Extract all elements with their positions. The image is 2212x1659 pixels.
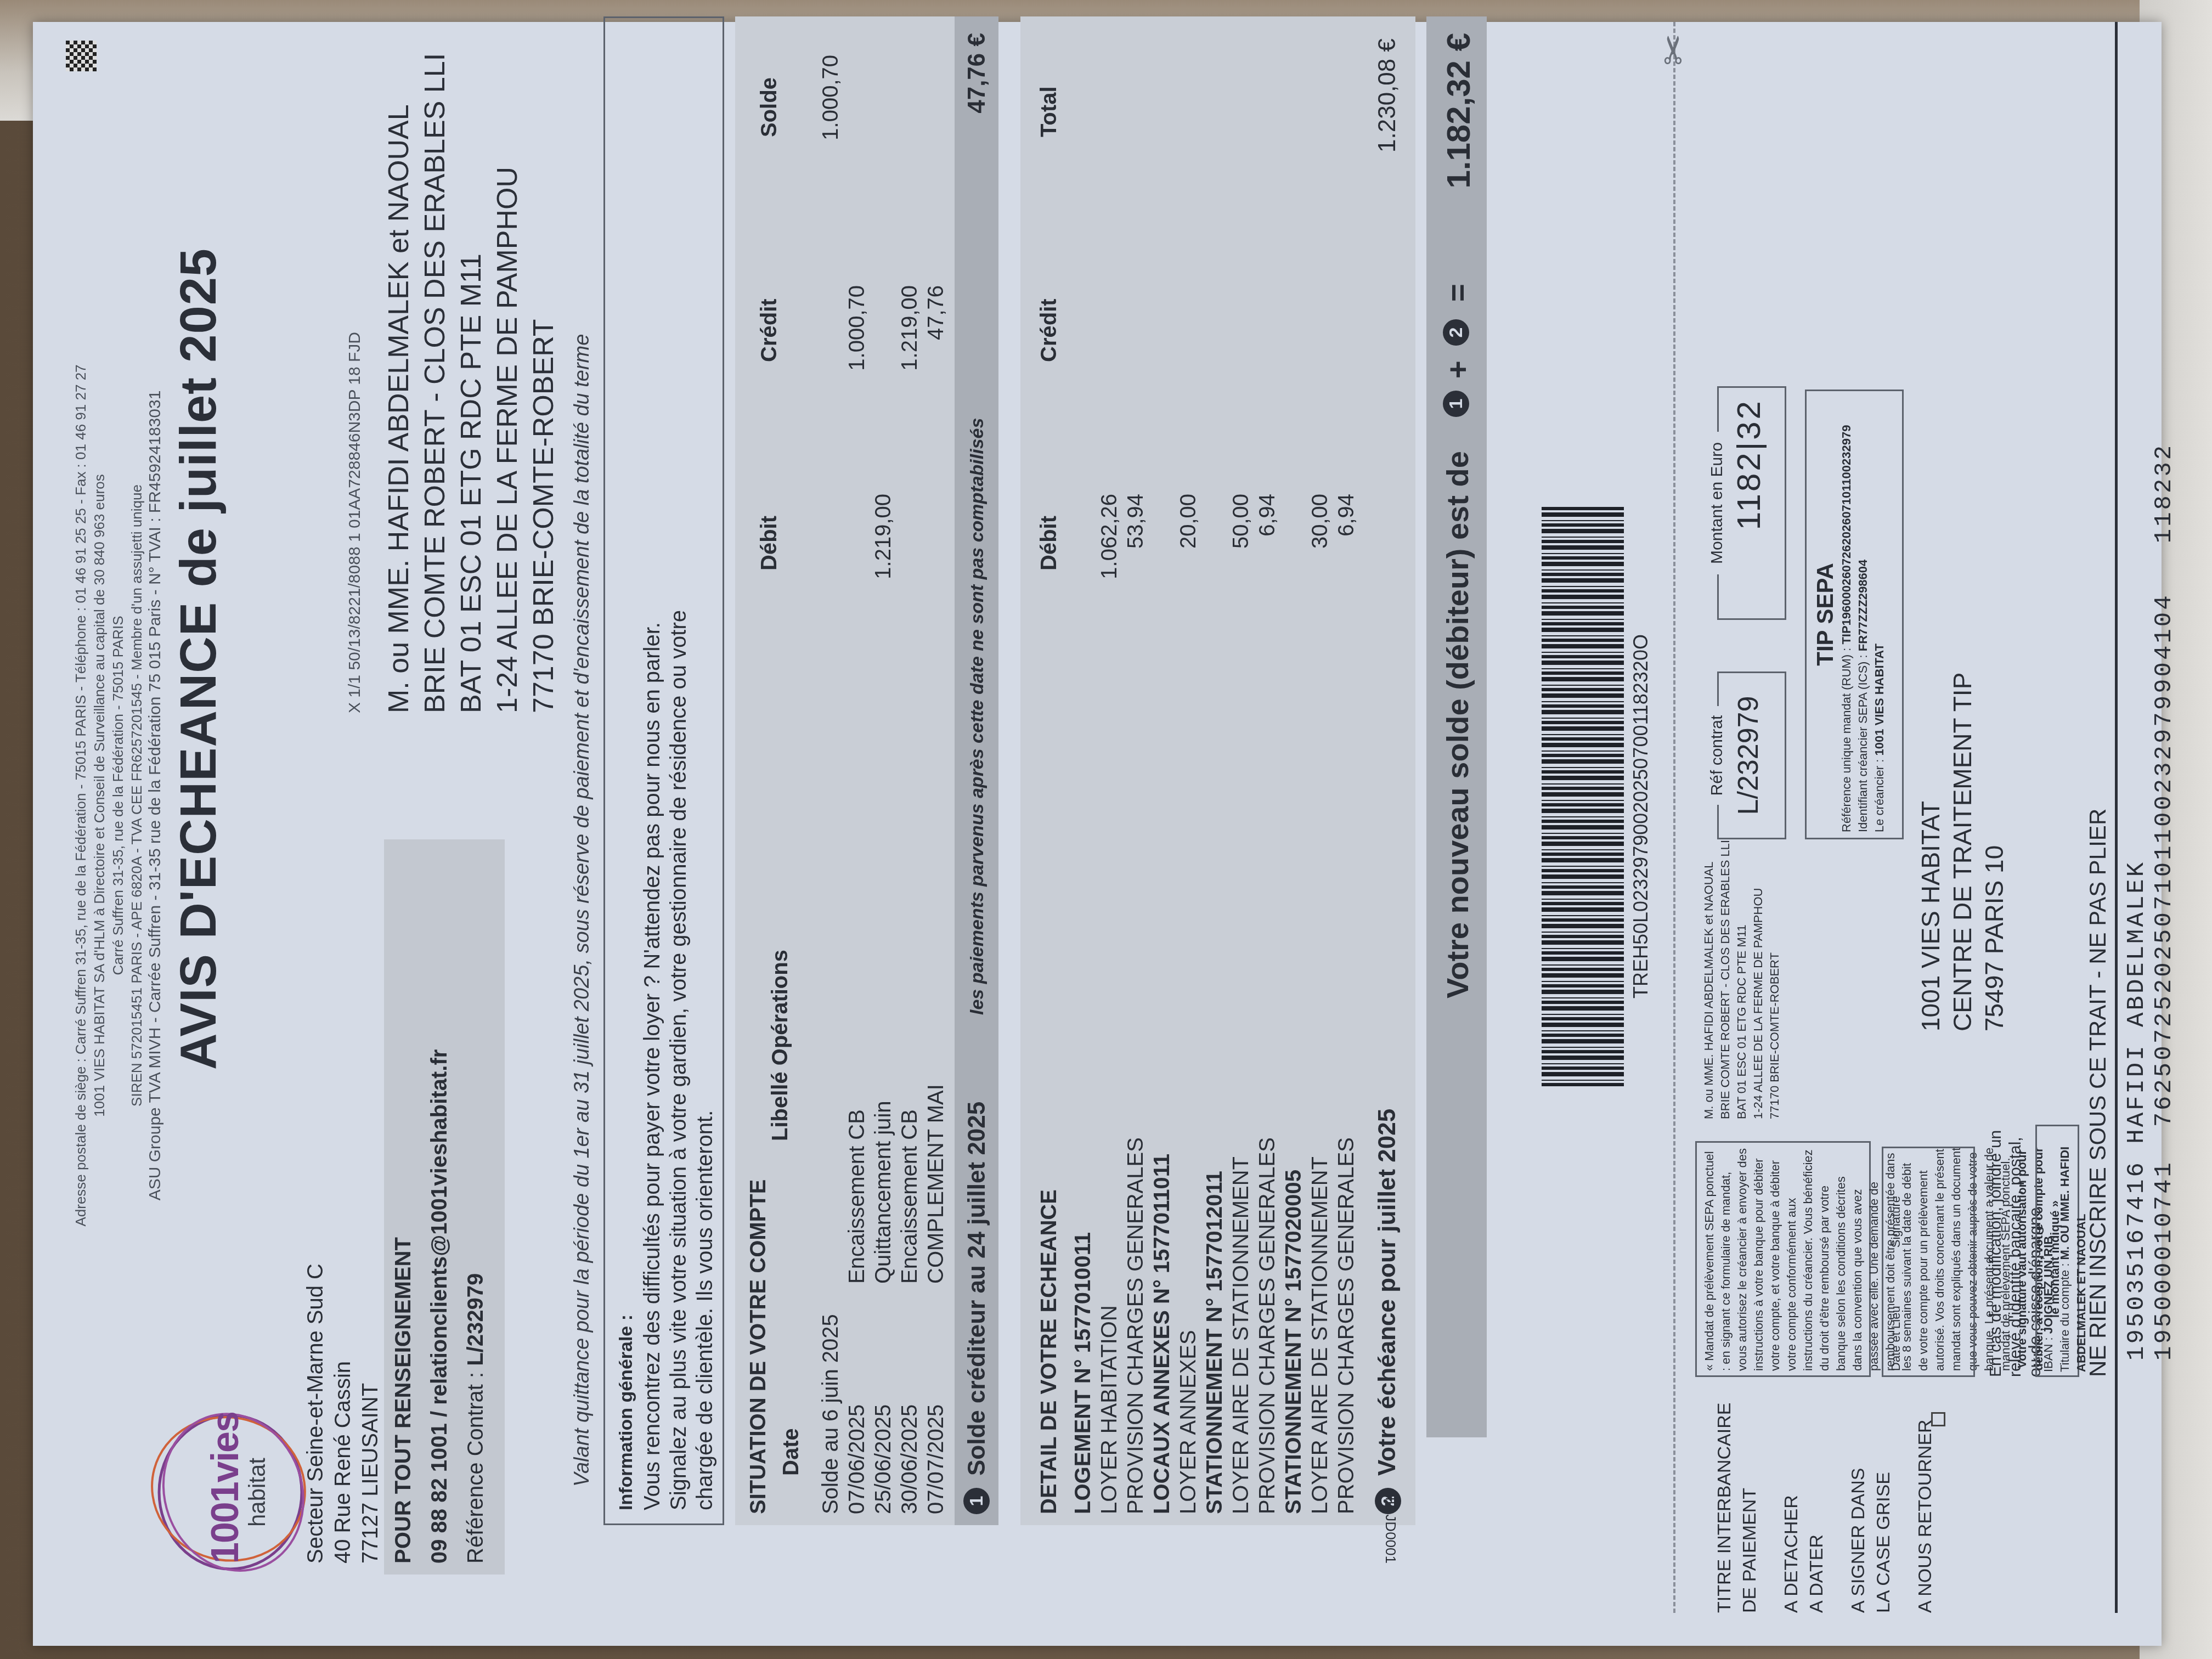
recipient-line: M. ou MME. HAFIDI ABDELMALEK et NAOUAL [381,53,417,713]
quittance-note: Valant quittance pour la période du 1er … [571,334,594,1487]
cell-debit: 1.219,00 [870,494,896,636]
circle-two-icon: 2 [1443,319,1469,346]
situation-rows: Solde au 6 juin 20251.000,7007/06/2025En… [817,33,949,1514]
table-row: LOCAUX ANNEXES N° 1577011011 [1149,33,1175,1514]
info-line: Vous rencontrez des difficultés pour pay… [639,31,665,1510]
amount-box: Montant en Euro 1182|32 [1717,386,1786,620]
legal-line: Carré Suffren 31-35, rue de la Fédératio… [109,274,127,1317]
cell-debit: 6,94 [1333,494,1359,636]
table-row: LOYER ANNEXES20,00 [1175,33,1201,1514]
recipient-line: 1-24 ALLEE DE LA FERME DE PAMPHOU [489,53,526,713]
contact-line[interactable]: 09 88 82 1001 / relationclients@1001vies… [426,850,453,1564]
circle-one-icon: 1 [1443,391,1469,417]
debtor-address: M. ou MME. HAFIDI ABDELMALEK et NAOUAL B… [1701,840,1783,1119]
col-header: Total [1037,86,1062,137]
credit-balance-bar: 1 Solde créditeur au 24 juillet 2025 les… [955,16,998,1525]
cell-date: 07/07/2025 [923,1262,949,1514]
cell-date: 07/06/2025 [844,1262,870,1514]
recipient-block: X 1/1 50/13/8221/8088 1 01AA728846N3DP 1… [346,53,562,713]
cell-credit: 47,76 [923,285,949,428]
recipient-code: X 1/1 50/13/8221/8088 1 01AA728846N3DP 1… [346,53,364,713]
cell-debit: 6,94 [1254,494,1280,636]
cell-label: COMPLEMENT MAI [923,790,949,1284]
sepa-mandate-box: « Mandat de prélèvement SEPA ponctuel : … [1695,1141,1871,1377]
barcode [1542,505,1624,1086]
do-not-write-warning: NE RIEN INSCRIRE SOUS CE TRAIT - NE PAS … [2085,809,2111,1377]
tip-side-labels: TITRE INTERBANCAIRE DE PAIEMENT A DETACH… [1712,1403,1938,1613]
sender-address: Secteur Seine-et-Marne Sud C 40 Rue René… [302,1263,384,1564]
debtor-line: BAT 01 ESC 01 ETG RDC PTE M11 [1734,840,1750,1119]
info-title: Information générale : [613,31,639,1510]
section-title: SITUATION DE VOTRE COMPTE [746,1180,771,1514]
circle-one-icon: 1 [963,1488,990,1514]
creditor-label: Le créancier : [1872,759,1886,832]
recipient-line: BRIE COMTE ROBERT - CLOS DES ERABLES LLI [417,53,453,713]
new-balance-value: 1.182,32 € [1440,33,1477,189]
credit-balance-label: Solde créditeur au 24 juillet 2025 [963,1102,991,1476]
ics-label: Identifiant créancier SEPA (ICS) : [1856,654,1870,832]
datamatrix-code [66,41,97,71]
rum-value: TIP19600026072620260710110023297​9 [1839,425,1853,645]
table-row: Solde au 6 juin 20251.000,70 [817,33,844,1514]
contract-ref-box: Réf contrat L/232979 [1717,672,1786,839]
cell-debit: 50,00 [1228,494,1254,636]
col-header: Solde [757,77,782,137]
cell-label: LOCAUX ANNEXES N° 1577011011 [1149,1154,1175,1514]
cell-label: PROVISION CHARGES GENERALES [1122,1137,1149,1514]
table-row: LOYER AIRE DE STATIONNEMENT30,00 [1307,33,1333,1514]
section-title: DETAIL DE VOTRE ECHEANCE [1037,1189,1062,1514]
payee-line: 1001 VIES HABITAT [1915,673,1946,1031]
side-label: A SIGNER DANS [1846,1403,1871,1613]
cell-debit: 53,94 [1122,494,1149,636]
cell-label: LOYER AIRE DE STATIONNEMENT [1228,1156,1254,1514]
table-row: PROVISION CHARGES GENERALES53,94 [1122,33,1149,1514]
amount-label: Montant en Euro [1708,432,1726,574]
cell-date: 25/06/2025 [870,1262,896,1514]
cell-date: Solde au 6 juin 2025 [817,1262,844,1514]
legal-line: ASU Groupe TVA MIVH - Carrée Suffren - 3… [146,274,165,1317]
due-detail-section: DETAIL DE VOTRE ECHEANCE Débit Crédit To… [1020,16,1415,1525]
table-row: 25/06/2025Quittancement juin1.219,00 [870,33,896,1514]
sender-line: Secteur Seine-et-Marne Sud C [302,1263,329,1564]
debtor-line: 77170 BRIE-COMTE-ROBERT [1767,840,1783,1119]
scissors-icon: ✂ [1651,33,1696,66]
ref-value: L/232979 [464,1273,488,1366]
equals-sign: = [1440,284,1475,302]
col-header: Crédit [1037,298,1062,362]
page-title: AVIS D'ECHEANCE de juillet 2025 [170,248,228,1070]
table-row: STATIONNEMENT N° 1577020005 [1280,33,1307,1514]
cell-label: PROVISION CHARGES GENERALES [1333,1137,1359,1514]
cell-label: LOYER AIRE DE STATIONNEMENT [1307,1156,1333,1514]
side-label: TITRE INTERBANCAIRE [1712,1403,1737,1613]
barcode-text: TREH50L023297900202507001182320O [1629,634,1652,998]
signature-label: Signature [1889,1196,1903,1248]
table-row: LOYER AIRE DE STATIONNEMENT50,00 [1228,33,1254,1514]
cell-label: LOYER ANNEXES [1175,1330,1201,1514]
account-situation-section: SITUATION DE VOTRE COMPTE Date Libellé O… [735,16,998,1525]
new-balance-bar: Votre nouveau solde (débiteur) est de 1 … [1426,16,1487,1437]
creditor-value: 1001 VIES HABITAT [1872,644,1886,756]
side-code: IF-JD0001 [1383,1497,1399,1564]
iban-box: IBAN : JOIGNEZ UN RIB Titulaire du compt… [2035,1125,2079,1377]
cell-debit: 1.062,26 [1096,494,1122,636]
col-header: Débit [1037,516,1062,571]
side-label: A NOUS RETOURNER [1912,1403,1938,1613]
ref-label: Référence Contrat : [464,1372,488,1564]
cell-solde: 1.000,70 [817,55,844,198]
new-balance-label: Votre nouveau solde (débiteur) est de [1440,451,1475,998]
col-header: Crédit [757,298,782,362]
sender-line: 40 Rue René Cassin [329,1263,357,1564]
credit-balance-value: 47,76 € [963,33,991,114]
contract-ref-label: Réf contrat [1708,706,1726,805]
cell-label: Encaissement CB [896,790,923,1284]
col-header: Débit [757,516,782,571]
cell-label: STATIONNEMENT N° 1577012011 [1201,1171,1228,1514]
payee-line: 75497 PARIS 10 [1978,673,2010,1031]
cell-debit: 20,00 [1175,494,1201,636]
table-row: 30/06/2025Encaissement CB1.219,00 [896,33,923,1514]
side-label: A DATER [1804,1403,1829,1613]
ics-value: FR77ZZZ298604 [1856,560,1870,652]
payee-address: 1001 VIES HABITAT CENTRE DE TRAITEMENT T… [1915,673,2010,1031]
ocr-line-divider [2115,22,2118,1613]
checkbox[interactable] [1931,1412,1945,1426]
credit-balance-note: les paiements parvenus après cette date … [967,418,988,1015]
iban-value: JOIGNEZ UN RIB [2041,1236,2055,1334]
info-line: Signalez au plus vite votre situation à … [665,31,692,1510]
table-row: LOGEMENT N° 1577010011 [1070,33,1096,1514]
contact-title: POUR TOUT RENSEIGNEMENT [390,850,417,1564]
plus-sign: + [1440,360,1475,379]
contract-ref-value: L/232979 [1732,673,1765,838]
table-row: PROVISION CHARGES GENERALES6,94 [1254,33,1280,1514]
amount-value: 1182|32 [1730,388,1768,618]
cell-debit: 30,00 [1307,494,1333,636]
recipient-line: BAT 01 ESC 01 ETG RDC PTE M11 [453,53,489,713]
tip-sepa-box: TIP SEPA Référence unique mandat (RUM) :… [1805,390,1904,839]
due-total-value: 1.230,08 € [1374,38,1401,153]
rent-notice-page: Adresse postale de siège : Carré Suffren… [33,22,2162,1646]
table-row: 07/07/2025COMPLEMENT MAI47,76 [923,33,949,1514]
table-row: LOYER HABITATION1.062,26 [1096,33,1122,1514]
rum-label: Référence unique mandat (RUM) : [1839,648,1853,832]
contact-box: POUR TOUT RENSEIGNEMENT 09 88 82 1001 / … [384,839,505,1575]
cell-credit: 1.000,70 [844,285,870,428]
cell-label: STATIONNEMENT N° 1577020005 [1280,1170,1307,1514]
col-header: Date [779,1428,804,1476]
iban-label: IBAN : [2041,1337,2055,1372]
legal-line: Adresse postale de siège : Carré Suffren… [71,274,90,1317]
info-line: chargée de clientèle. Ils vous orientero… [692,31,718,1510]
company-logo: 1001vies habitat [143,1404,318,1580]
debtor-line: BRIE COMTE ROBERT - CLOS DES ERABLES LLI [1717,840,1734,1119]
side-label: LA CASE GRISE [1871,1403,1896,1613]
logo-text: 1001vies [203,1421,247,1564]
table-row: STATIONNEMENT N° 1577012011 [1201,33,1228,1514]
tip-sepa-title: TIP SEPA [1812,397,1838,832]
legal-header: Adresse postale de siège : Carré Suffren… [71,274,165,1317]
recipient-line: 77170 BRIE-COMTE-ROBERT [526,53,562,713]
due-total-row: 2 Votre échéance pour juillet 2025 1.230… [1372,33,1404,1514]
date-place-label: Date et Lieu [1889,1306,1903,1371]
info-box: Information générale : Vous rencontrez d… [603,16,724,1525]
cell-label: LOGEMENT N° 1577010011 [1070,1232,1096,1514]
cell-label: PROVISION CHARGES GENERALES [1254,1137,1280,1514]
payee-line: CENTRE DE TRAITEMENT TIP [1946,673,1978,1031]
legal-line: SIREN 572015451 PARIS - APE 6820A - TVA … [127,274,146,1317]
table-row: PROVISION CHARGES GENERALES6,94 [1333,33,1359,1514]
sender-line: 77127 LIEUSAINT [357,1263,384,1564]
legal-line: 1001 VIES HABITAT SA d'HLM à Directoire … [90,274,109,1317]
cell-credit: 1.219,00 [896,285,923,428]
detail-rows: LOGEMENT N° 1577010011LOYER HABITATION1.… [1070,33,1359,1514]
signature-box[interactable]: Date et Lieu Signature [1882,1147,1975,1377]
side-label: DE PAIEMENT [1737,1403,1762,1613]
col-header: Libellé Opérations [768,950,793,1141]
debtor-line: M. ou MME. HAFIDI ABDELMALEK et NAOUAL [1701,840,1717,1119]
holder-label: Titulaire du compte : [2058,1263,2072,1373]
ocr-line-1: 19503516​7416 HAFIDI ABDELMALEK [2123,860,2151,1361]
tear-line[interactable] [1673,22,1675,1613]
logo-subtext: habitat [244,1421,270,1564]
cell-label: LOYER HABITATION [1096,1305,1122,1514]
debtor-line: 1-24 ALLEE DE LA FERME DE PAMPHOU [1750,840,1767,1119]
side-label: A DETACHER [1779,1403,1804,1613]
cell-date: 30/06/2025 [896,1262,923,1514]
cell-label: Encaissement CB [844,790,870,1284]
due-total-label: Votre échéance pour juillet 2025 [1374,1109,1401,1476]
cell-label: Quittancement juin [870,790,896,1284]
table-row: 07/06/2025Encaissement CB1.000,70 [844,33,870,1514]
ocr-line-2: 195000010741 762507252025071011002329799… [2151,443,2178,1361]
